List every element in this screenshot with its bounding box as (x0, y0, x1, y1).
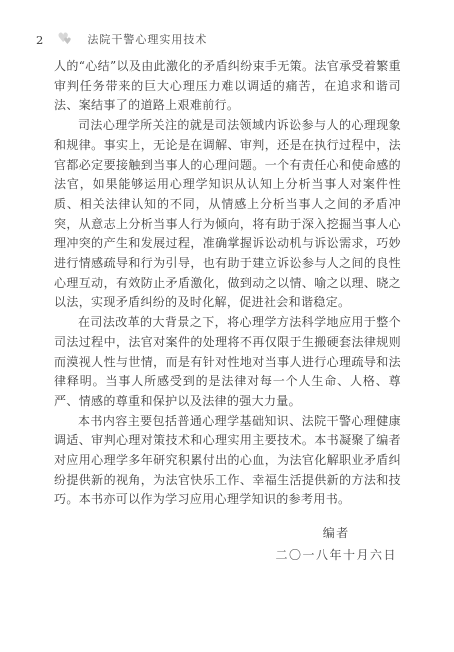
page-number: 2 (36, 33, 44, 47)
paragraph-continuation: 人的“心结”以及由此激化的矛盾纠纷束手无策。法官承受着繁重审判任务带来的巨大心理… (54, 57, 401, 116)
running-head-title: 法院干警心理实用技术 (87, 33, 207, 47)
signature-date: 二〇一八年十月六日 (275, 545, 397, 567)
running-header: 2 法院干警心理实用技术 (36, 33, 414, 47)
paragraph: 本书内容主要包括普通心理学基础知识、法院干警心理健康调适、审判心理对策技术和心理… (54, 412, 401, 511)
book-page: 2 法院干警心理实用技术 人的“心结”以及由此激化的矛盾纠纷束手无策。法官承受着… (0, 0, 454, 652)
heart-icon-front (63, 35, 71, 49)
heart-icon (57, 33, 75, 47)
paragraph: 司法心理学所关注的就是司法领域内诉讼参与人的心理现象和规律。事实上，无论是在调解… (54, 116, 401, 313)
signature-author: 编者 (275, 523, 397, 545)
signature-block: 编者 二〇一八年十月六日 (275, 523, 397, 566)
paragraph: 在司法改革的大背景之下，将心理学方法科学地应用于整个司法过程中，法官对案件的处理… (54, 313, 401, 412)
page-body: 人的“心结”以及由此激化的矛盾纠纷束手无策。法官承受着繁重审判任务带来的巨大心理… (54, 57, 401, 566)
